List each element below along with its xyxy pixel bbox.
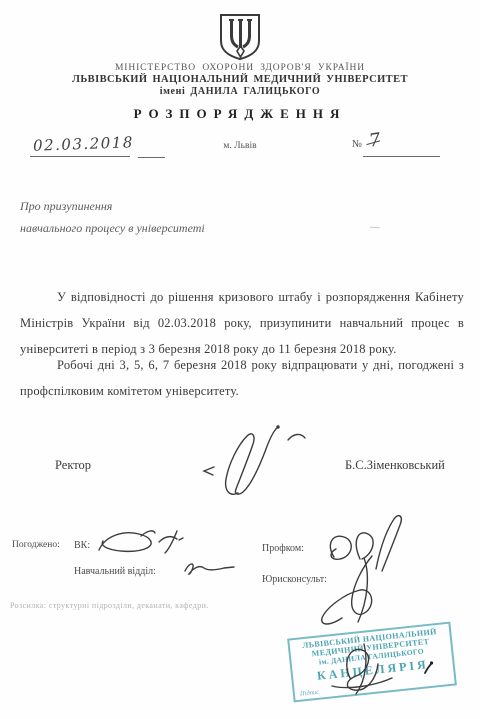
document-page: МІНІСТЕРСТВО ОХОРОНИ ЗДОРОВ'Я УКРАЇНИ ЛЬ… — [0, 0, 480, 719]
stamp-signature-label: Підпис — [300, 689, 320, 698]
number-underline — [363, 156, 440, 157]
document-title: РОЗПОРЯДЖЕННЯ — [0, 106, 480, 122]
subject-line-2: навчального процесу в університеті — [20, 221, 205, 236]
profkom-label: Профком: — [262, 543, 304, 554]
number-sign: № — [352, 139, 362, 150]
distribution-note: Розсилка: структурні підрозділи, деканат… — [10, 601, 209, 610]
ink-mark — [424, 660, 434, 680]
legal-counsel-signature — [308, 550, 400, 632]
body-paragraph-1: У відповідності до рішення кризового шта… — [20, 284, 464, 362]
handwritten-date: 02.03.2018 — [33, 133, 134, 155]
date-underline — [30, 156, 130, 157]
date-underline-segment — [138, 157, 165, 158]
trident-emblem-icon — [218, 13, 262, 66]
subject-line-1: Про призупинення — [20, 199, 112, 214]
handwritten-number: 7 — [368, 129, 382, 151]
agreed-label: Погоджено: — [12, 540, 60, 550]
university-named-after: імені ДАНИЛА ГАЛИЦЬКОГО — [0, 86, 480, 97]
body-paragraph-2: Робочі дні 3, 5, 6, 7 березня 2018 року … — [20, 352, 464, 404]
city-label: м. Львів — [198, 141, 282, 151]
ministry-name: МІНІСТЕРСТВО ОХОРОНИ ЗДОРОВ'Я УКРАЇНИ — [0, 63, 480, 73]
handwritten-number-value: 7 — [368, 129, 382, 151]
scan-artifact — [370, 227, 380, 229]
vk-signature — [93, 526, 185, 558]
edu-dept-label: Навчальний відділ: — [74, 566, 156, 577]
rector-signature — [200, 423, 315, 498]
stamp-overlay-signature — [322, 634, 397, 704]
edu-dept-signature — [180, 558, 238, 578]
vk-label: ВК: — [74, 540, 90, 551]
university-name: ЛЬВІВСЬКИЙ НАЦІОНАЛЬНИЙ МЕДИЧНИЙ УНІВЕРС… — [0, 74, 480, 85]
rector-position-label: Ректор — [55, 458, 91, 473]
rector-name: Б.С.Зіменковський — [345, 458, 445, 473]
